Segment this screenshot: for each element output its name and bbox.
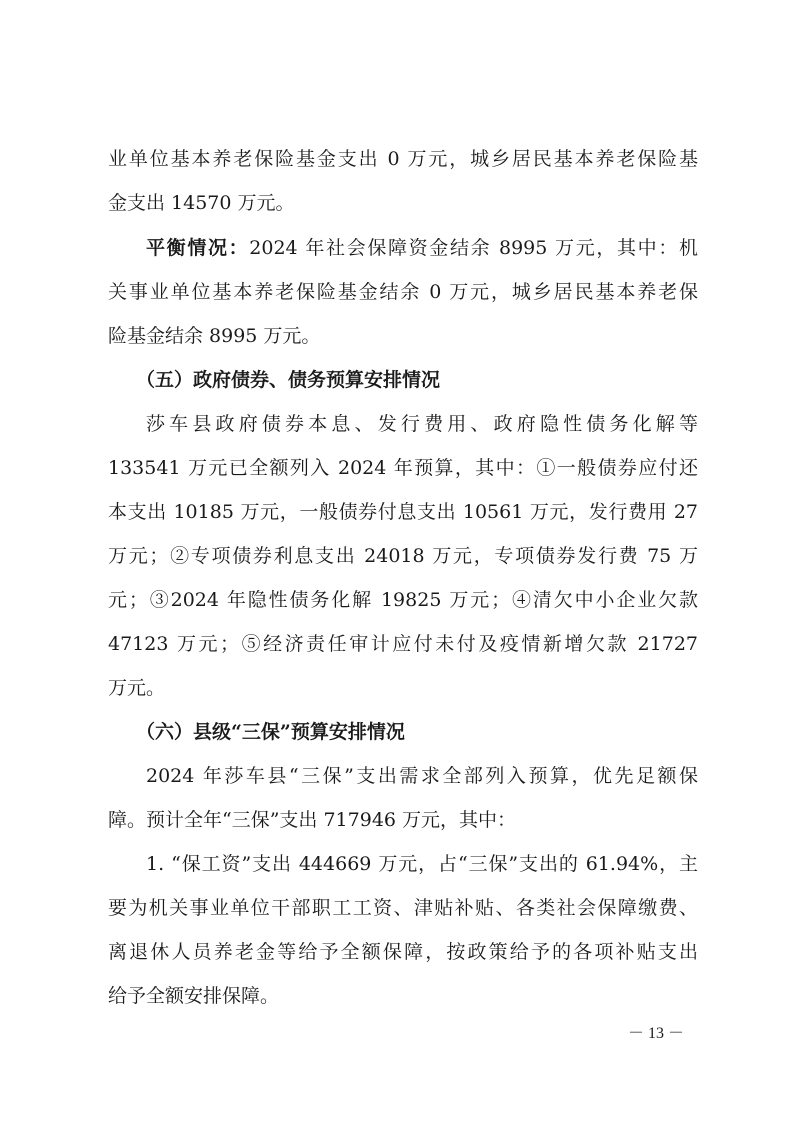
paragraph-line: 障。预计全年“三保”支出 717946 万元，其中： xyxy=(108,807,516,833)
section-heading-6: （六）县级“三保”预算安排情况 xyxy=(136,719,405,745)
page-number: － 13 － xyxy=(628,1020,684,1043)
paragraph-line: 本支出 10185 万元，一般债券付息支出 10561 万元，发行费用 27 xyxy=(108,499,698,525)
paragraph-line: 1. “保工资”支出 444669 万元，占“三保”支出的 61.94%，主 xyxy=(146,851,698,877)
paragraph-line: 万元。 xyxy=(108,675,165,701)
paragraph-line: 险基金结余 8995 万元。 xyxy=(108,323,320,349)
paragraph-line: 业单位基本养老保险基金支出 0 万元，城乡居民基本养老保险基 xyxy=(108,146,698,172)
balance-label: 平衡情况： xyxy=(146,237,249,259)
paragraph-line: 平衡情况：2024 年社会保障资金结余 8995 万元，其中：机 xyxy=(146,235,698,261)
paragraph-line: 2024 年莎车县“三保”支出需求全部列入预算，优先足额保 xyxy=(146,763,698,789)
paragraph-line: 万元；②专项债券利息支出 24018 万元，专项债券发行费 75 万 xyxy=(108,543,698,569)
paragraph-line: 离退休人员养老金等给予全额保障，按政策给予的各项补贴支出 xyxy=(108,939,698,965)
paragraph-line: 关事业单位基本养老保险基金结余 0 万元，城乡居民基本养老保 xyxy=(108,279,698,305)
paragraph-line: 要为机关事业单位干部职工工资、津贴补贴、各类社会保障缴费、 xyxy=(108,895,698,921)
paragraph-line: 金支出 14570 万元。 xyxy=(108,190,295,216)
balance-text: 2024 年社会保障资金结余 8995 万元，其中：机 xyxy=(249,237,698,259)
paragraph-line: 47123 万元；⑤经济责任审计应付未付及疫情新增欠款 21727 xyxy=(108,631,698,657)
paragraph-line: 莎车县政府债券本息、发行费用、政府隐性债务化解等 xyxy=(146,411,698,437)
paragraph-line: 133541 万元已全额列入 2024 年预算，其中：①一般债券应付还 xyxy=(108,455,698,481)
paragraph-line: 元；③2024 年隐性债务化解 19825 万元；④清欠中小企业欠款 xyxy=(108,587,698,613)
section-heading-5: （五）政府债券、债务预算安排情况 xyxy=(136,367,440,393)
paragraph-line: 给予全额安排保障。 xyxy=(108,983,279,1009)
